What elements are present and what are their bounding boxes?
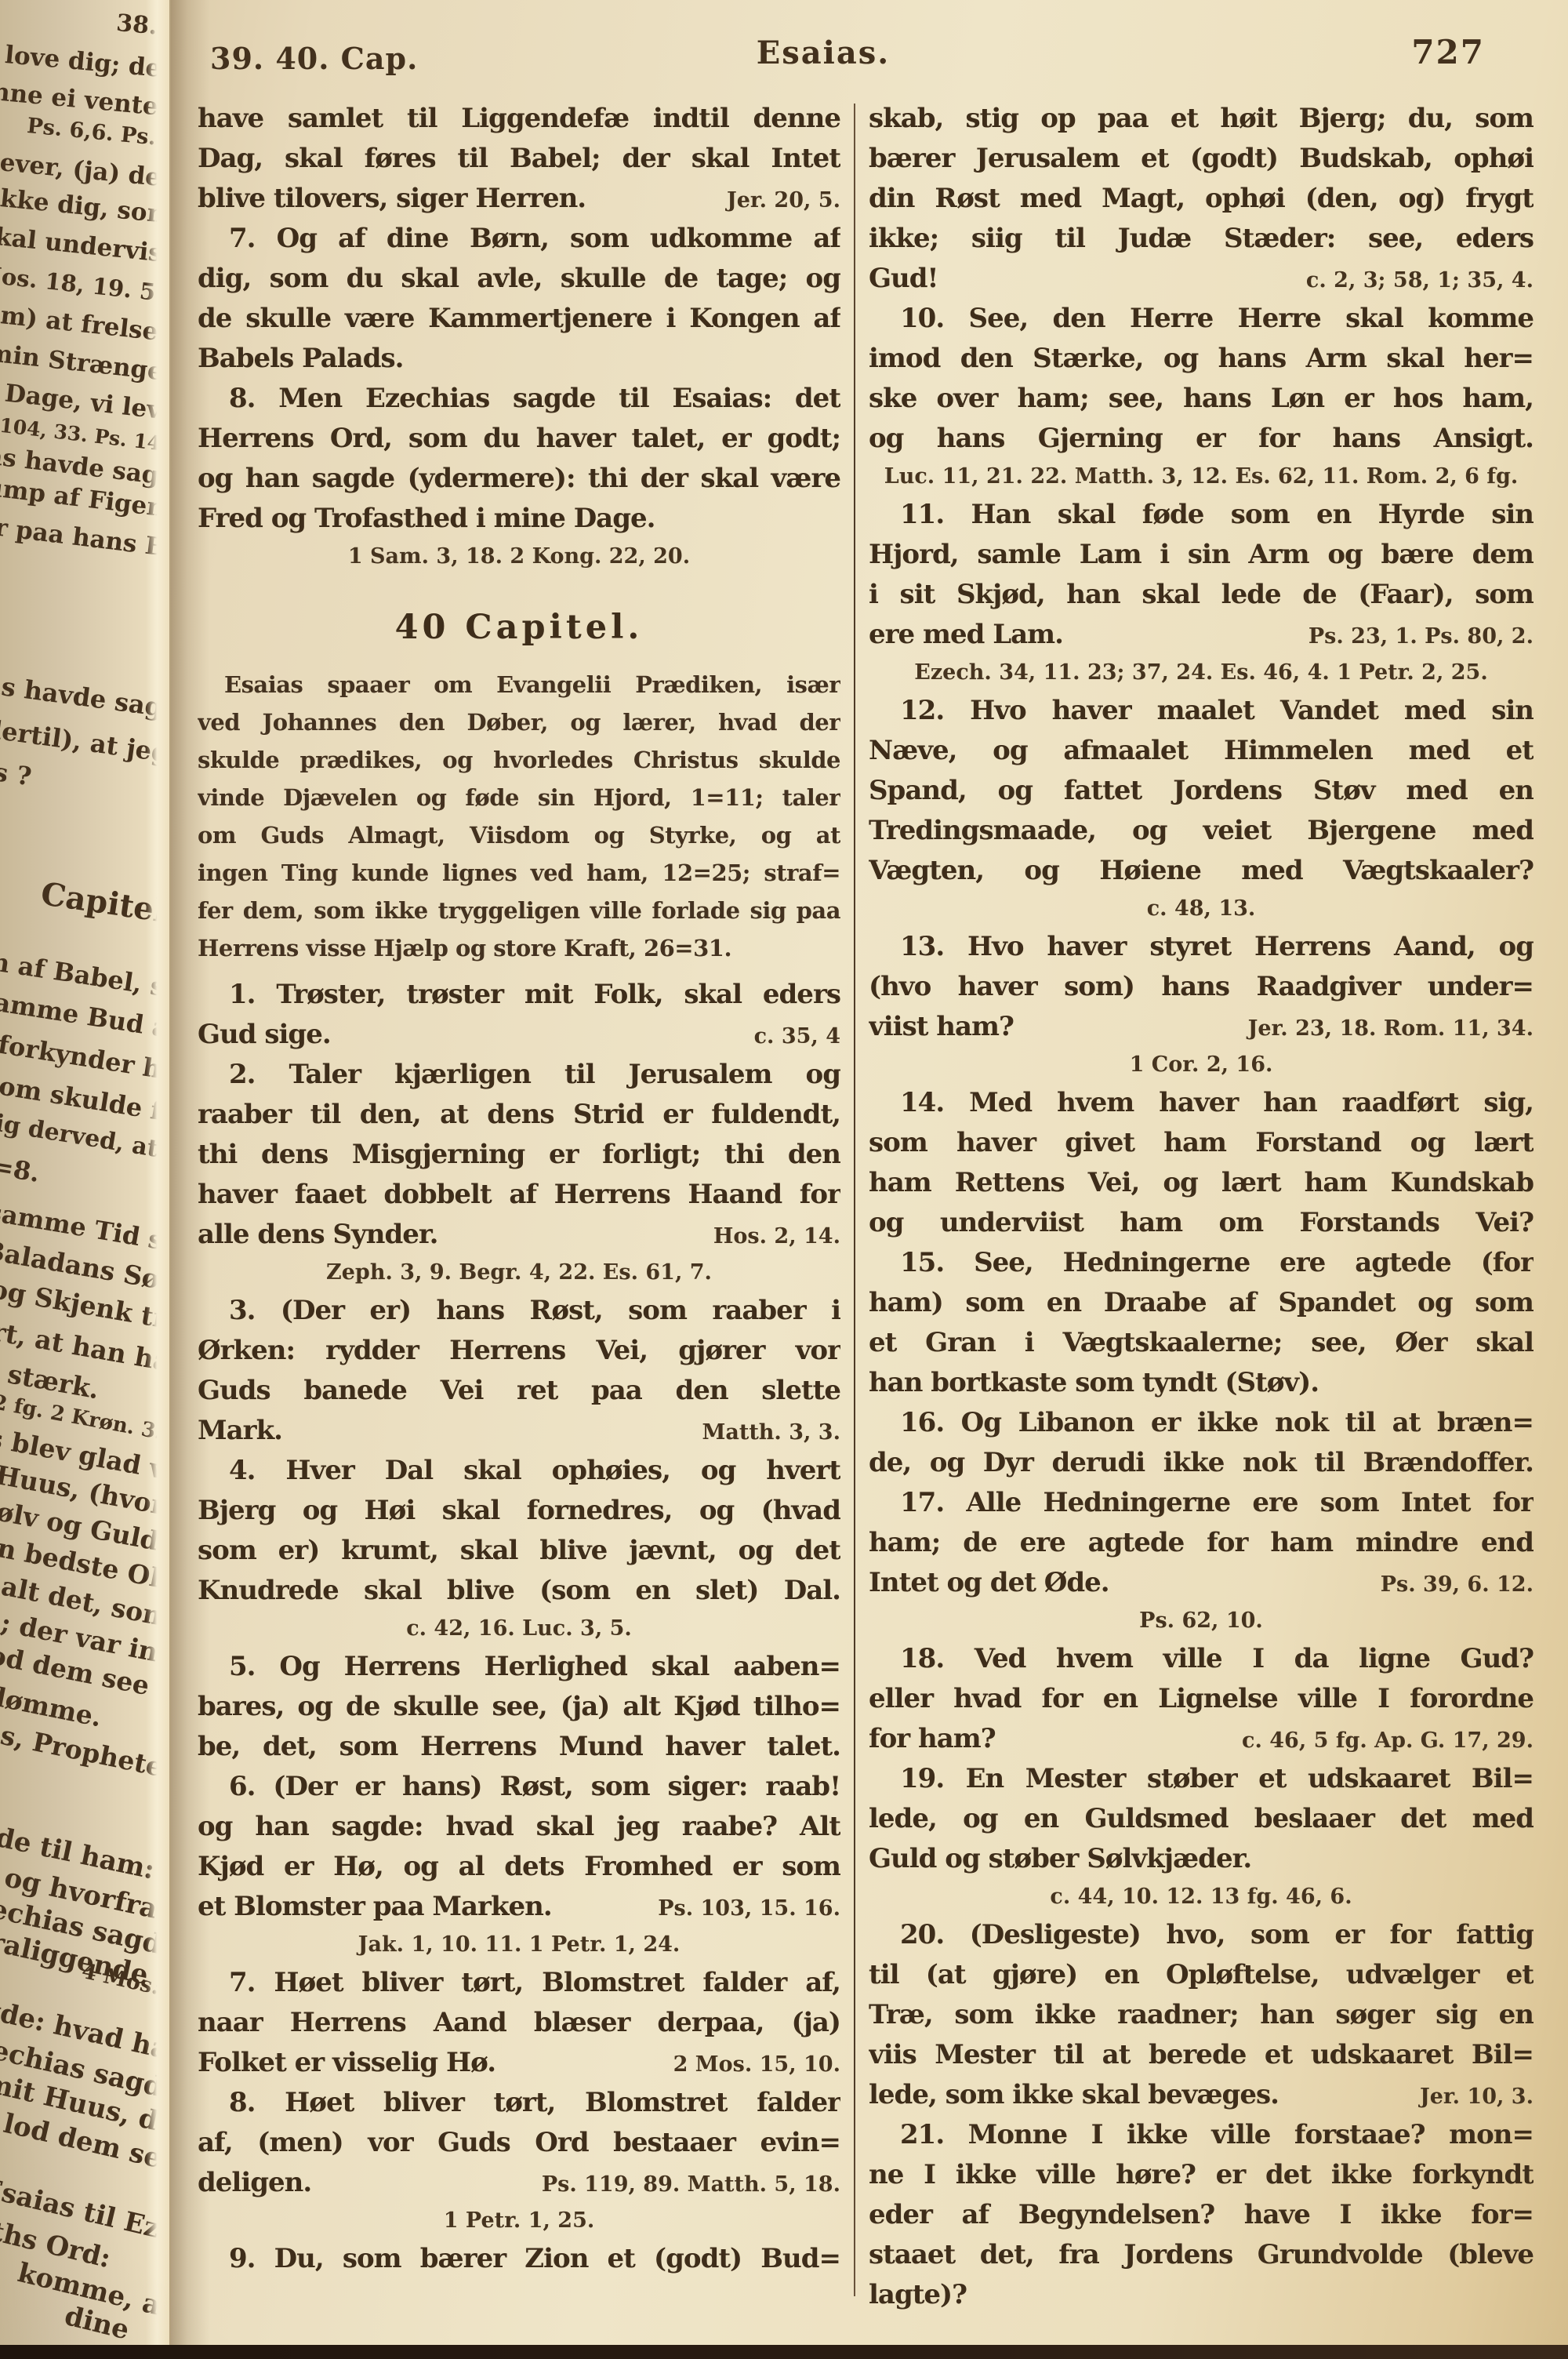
summary-line: om Guds Almagt, Viisdom og Styrke, og at [198,816,840,854]
verse-text: for ham? [869,1719,996,1759]
verse-text-line: de, og Dyr derudi ikke nok til Brændoffe… [869,1443,1534,1483]
summary-line: fer dem, som ikke tryggeligen ville forl… [198,892,840,929]
verse-text: ere med Lam. [869,615,1063,655]
verse-text-line: viis Mester til at berede et udskaaret B… [869,2035,1534,2075]
verse-text-line: bærer Jerusalem et (godt) Budskab, ophøi [869,139,1534,179]
verse-text-line: i sit Skjød, han skal lede de (Faar), so… [869,575,1534,615]
verse-text-line: ham) som en Draabe af Spandet og som [869,1283,1534,1323]
facing-page-text-fragment: Mos. 18, 19. 5 M [0,260,169,309]
reference-line: 1 Cor. 2, 16. [869,1047,1534,1083]
verse-line-with-reference: for ham?c. 46, 5 fg. Ap. G. 17, 29. [869,1719,1534,1759]
verse-line-with-reference: alle dens Synder.Hos. 2, 14. [198,1215,840,1255]
verse-text-line: Guds banede Vei ret paa den slette [198,1371,840,1411]
verse-text-line: og underviist ham om Forstands Vei? [869,1203,1534,1243]
verse-text-line: og hans Gjerning er for hans Ansigt. [869,419,1534,459]
verse-text-line: eder af Begyndelsen? have I ikke for= [869,2195,1534,2235]
summary-line: vinde Djævelen og føde sin Hjord, 1=11; … [198,779,840,816]
inline-reference: Ps. 103, 15. 16. [658,1888,840,1927]
inline-reference: Ps. 23, 1. Ps. 80, 2. [1308,616,1534,655]
verse-start-line: 1. Trøster, trøster mit Folk, skal eders [198,975,840,1015]
scanned-page-photo: 38.love dig; de, sonne ei vente pPs. 6,6… [0,0,1568,2359]
verse-text-line: Knudrede skal blive (som en slet) Dal. [198,1571,840,1611]
text-columns: have samlet til Liggendefæ indtil denneD… [198,99,1535,2315]
inline-reference: Ps. 119, 89. Matth. 5, 18. [542,2165,840,2203]
facing-page-text-fragment: nne ei vente p [0,78,169,123]
page-number: 727 [1411,33,1485,71]
column-right: skab, stig op paa et høit Bjerg; du, som… [869,99,1534,2315]
inline-reference: c. 2, 3; 58, 1; 35, 4. [1306,260,1534,299]
reference-line: 1 Petr. 1, 25. [198,2203,840,2239]
verse-text-line: Næve, og afmaalet Himmelen med et [869,731,1534,771]
verse-line-with-reference: blive tilovers, siger Herren.Jer. 20, 5. [198,179,840,219]
verse-text-line: Vægten, og Høiene med Vægtskaaler? [869,851,1534,891]
verse-start-line: 6. (Der er hans) Røst, som siger: raab! [198,1767,840,1807]
verse-start-line: 11. Han skal føde som en Hyrde sin [869,495,1534,535]
book-title: Esaias. [198,35,1449,71]
verse-line-with-reference: Mark.Matth. 3, 3. [198,1411,840,1451]
verse-start-line: 14. Med hvem haver han raadført sig, [869,1083,1534,1123]
summary-line: Esaias spaaer om Evangelii Prædiken, isæ… [198,666,840,703]
verse-text-line: staaet det, fra Jordens Grundvolde (blev… [869,2235,1534,2275]
reference-line: Ezech. 34, 11. 23; 37, 24. Es. 46, 4. 1 … [869,655,1534,691]
reference-line: c. 44, 10. 12. 13 fg. 46, 6. [869,1879,1534,1915]
page-edge-highlight [146,0,171,2359]
verse-text-line: af, (men) vor Guds Ord bestaaer evin= [198,2123,840,2163]
verse-end-line: lagte)? [869,2275,1534,2315]
inline-reference: Jer. 23, 18. Rom. 11, 34. [1248,1009,1534,1047]
verse-text-line: Ørken: rydder Herrens Vei, gjører vor [198,1331,840,1371]
verse-line-with-reference: Intet og det Øde.Ps. 39, 6. 12. [869,1563,1534,1603]
verse-text-line: Herrens Ord, som du haver talet, er godt… [198,419,840,459]
verse-end-line: Babels Palads. [198,339,840,379]
verse-text-line: imod den Stærke, og hans Arm skal her= [869,339,1534,379]
verse-text-line: Tredingsmaade, og veiet Bjergene med [869,811,1534,851]
verse-text-line: raaber til den, at dens Strid er fuldend… [198,1095,840,1135]
verse-text: Folket er visselig Hø. [198,2043,495,2083]
verse-start-line: 15. See, Hedningerne ere agtede (for [869,1243,1534,1283]
verse-text-line: Kjød er Hø, og al dets Fromhed er som [198,1847,840,1887]
verse-start-line: 8. Men Ezechias sagde til Esaias: det [198,379,840,419]
verse-text-line: Spand, og fattet Jordens Støv med en [869,771,1534,811]
verse-start-line: 17. Alle Hedningerne ere som Intet for [869,1483,1534,1523]
summary-line: ved Johannes den Døber, og lærer, hvad d… [198,703,840,741]
verse-text-line: ne I ikke ville høre? er det ikke forkyn… [869,2155,1534,2195]
verse-text-line: bares, og de skulle see, (ja) alt Kjød t… [198,1687,840,1727]
verse-start-line: 7. Og af dine Børn, som udkomme af [198,219,840,259]
inline-reference: Ps. 39, 6. 12. [1381,1565,1534,1603]
inline-reference: c. 35, 4 [754,1016,840,1055]
page: 39. 40. Cap. Esaias. 727 have samlet til… [198,27,1535,2315]
verse-line-with-reference: viist ham?Jer. 23, 18. Rom. 11, 34. [869,1007,1534,1047]
verse-text-line: haver faaet dobbelt af Herrens Haand for [198,1175,840,1215]
verse-start-line: 7. Høet bliver tørt, Blomstret falder af… [198,1963,840,2003]
verse-text: Gud! [869,259,938,299]
verse-text-line: (hvo haver som) hans Raadgiver under= [869,967,1534,1007]
reference-line: c. 48, 13. [869,891,1534,927]
verse-text: Mark. [198,1411,282,1451]
verse-line-with-reference: Gud sige.c. 35, 4 [198,1015,840,1055]
verse-text-line: ikke; siig til Judæ Stæder: see, eders [869,219,1534,259]
verse-text-line: naar Herrens Aand blæser derpaa, (ja) [198,2003,840,2043]
reference-line: Jak. 1, 10. 11. 1 Petr. 1, 24. [198,1927,840,1963]
verse-text-line: eller hvad for en Lignelse ville I foror… [869,1679,1534,1719]
verse-text-line: ske over ham; see, hans Løn er hos ham, [869,379,1534,419]
verse-start-line: 9. Du, som bærer Zion et (godt) Bud= [198,2239,840,2279]
verse-text: viist ham? [869,1007,1014,1047]
verse-text-line: thi dens Misgjerning er forligt; thi den [198,1135,840,1175]
reference-line: c. 42, 16. Luc. 3, 5. [198,1611,840,1647]
verse-text-line: ham Rettens Vei, og lært ham Kundskab [869,1163,1534,1203]
verse-start-line: 2. Taler kjærligen til Jerusalem og [198,1055,840,1095]
verse-line-with-reference: deligen.Ps. 119, 89. Matth. 5, 18. [198,2163,840,2203]
verse-start-line: 21. Monne I ikke ville forstaae? mon= [869,2115,1534,2155]
inline-reference: Matth. 3, 3. [702,1412,840,1451]
inline-reference: 2 Mos. 15, 10. [673,2045,840,2083]
chapter-heading: 40 Capitel. [198,602,840,653]
verse-text-line: et Gran i Vægtskaalerne; see, Øer skal [869,1323,1534,1363]
verse-text-line: som er) krumt, skal blive jævnt, og det [198,1531,840,1571]
verse-start-line: 8. Høet bliver tørt, Blomstret falder [198,2083,840,2123]
reference-line: Luc. 11, 21. 22. Matth. 3, 12. Es. 62, 1… [869,459,1534,495]
facing-page-edge: 38.love dig; de, sonne ei vente pPs. 6,6… [0,0,169,2359]
verse-text: lede, som ikke skal bevæges. [869,2075,1279,2115]
verse-start-line: 18. Ved hvem ville I da ligne Gud? [869,1639,1534,1679]
verse-end-line: Fred og Trofasthed i mine Dage. [198,499,840,539]
verse-text-line: til (at gjøre) en Opløftelse, udvælger e… [869,1955,1534,1995]
verse-text: alle dens Synder. [198,1215,438,1255]
verse-text-line: Hjord, samle Lam i sin Arm og bære dem [869,535,1534,575]
verse-text-line: som haver givet ham Forstand og lært [869,1123,1534,1163]
verse-line-with-reference: ere med Lam.Ps. 23, 1. Ps. 80, 2. [869,615,1534,655]
verse-start-line: 13. Hvo haver styret Herrens Aand, og [869,927,1534,967]
verse-text: deligen. [198,2163,311,2203]
verse-text: Gud sige. [198,1015,331,1055]
inline-reference: c. 46, 5 fg. Ap. G. 17, 29. [1242,1721,1534,1759]
reference-line: 1 Sam. 3, 18. 2 Kong. 22, 20. [198,539,840,575]
verse-line-with-reference: Folket er visselig Hø.2 Mos. 15, 10. [198,2043,840,2083]
verse-start-line: 5. Og Herrens Herlighed skal aaben= [198,1647,840,1687]
summary-line: skulde prædikes, og hvorledes Christus s… [198,741,840,779]
reference-line: Ps. 62, 10. [869,1603,1534,1639]
verse-line-with-reference: Gud!c. 2, 3; 58, 1; 35, 4. [869,259,1534,299]
facing-page-text-fragment: ias havde sagt: [0,668,169,725]
verse-text-line: og han sagde: hvad skal jeg raabe? Alt [198,1807,840,1847]
inline-reference: Jer. 20, 5. [727,180,840,219]
verse-line-with-reference: et Blomster paa Marken.Ps. 103, 15. 16. [198,1887,840,1927]
verse-text: blive tilovers, siger Herren. [198,179,586,219]
reference-line: Zeph. 3, 9. Begr. 4, 22. Es. 61, 7. [198,1255,840,1291]
verse-text-line: Bjerg og Høi skal fornedres, og (hvad [198,1491,840,1531]
verse-text-line: be, det, som Herrens Mund haver talet. [198,1727,840,1767]
summary-line: Herrens visse Hjælp og store Kraft, 26=3… [198,929,840,967]
verse-text: et Blomster paa Marken. [198,1887,552,1927]
verse-text-line: din Røst med Magt, ophøi (den, og) frygt [869,179,1534,219]
photo-bottom-edge [0,2345,1568,2359]
spacer [198,575,840,589]
verse-text-line: ham; de ere agtede for ham mindre end [869,1523,1534,1563]
verse-text-line: skab, stig op paa et høit Bjerg; du, som [869,99,1534,139]
verse-start-line: 10. See, den Herre Herre skal komme [869,299,1534,339]
verse-start-line: 3. (Der er) hans Røst, som raaber i [198,1291,840,1331]
verse-start-line: 19. En Mester støber et udskaaret Bil= [869,1759,1534,1799]
column-divider-rule [854,104,855,2296]
verse-start-line: 16. Og Libanon er ikke nok til at bræn= [869,1403,1534,1443]
verse-text-line: have samlet til Liggendefæ indtil denne [198,99,840,139]
page-header: 39. 40. Cap. Esaias. 727 [198,27,1535,99]
summary-line: ingen Ting kunde lignes ved ham, 12=25; … [198,854,840,892]
verse-start-line: 4. Hver Dal skal ophøies, og hvert [198,1451,840,1491]
verse-line-with-reference: lede, som ikke skal bevæges.Jer. 10, 3. [869,2075,1534,2115]
verse-text: Intet og det Øde. [869,1563,1109,1603]
facing-page-text-fragment: us ? [0,754,33,791]
inline-reference: Jer. 10, 3. [1420,2077,1534,2115]
spacer [198,660,840,666]
verse-end-line: Guld og støber Sølvkjæder. [869,1839,1534,1879]
verse-text-line: dig, som du skal avle, skulle de tage; o… [198,259,840,299]
verse-text-line: lede, og en Guldsmed beslaaer det med [869,1799,1534,1839]
verse-text-line: de skulle være Kammertjenere i Kongen af [198,299,840,339]
inline-reference: Hos. 2, 14. [713,1216,840,1255]
verse-text-line: Dag, skal føres til Babel; der skal Inte… [198,139,840,179]
verse-start-line: 12. Hvo haver maalet Vandet med sin [869,691,1534,731]
verse-text-line: og han sagde (ydermere): thi der skal væ… [198,459,840,499]
spacer [198,967,840,975]
column-left: have samlet til Liggendefæ indtil denneD… [198,99,840,2315]
facing-page-text-fragment: 3=8. [0,1148,42,1188]
verse-end-line: han bortkaste som tyndt (Støv). [869,1363,1534,1403]
verse-text-line: Træ, som ikke raadner; han søger sig en [869,1995,1534,2035]
verse-start-line: 20. (Desligeste) hvo, som er for fattig [869,1915,1534,1955]
